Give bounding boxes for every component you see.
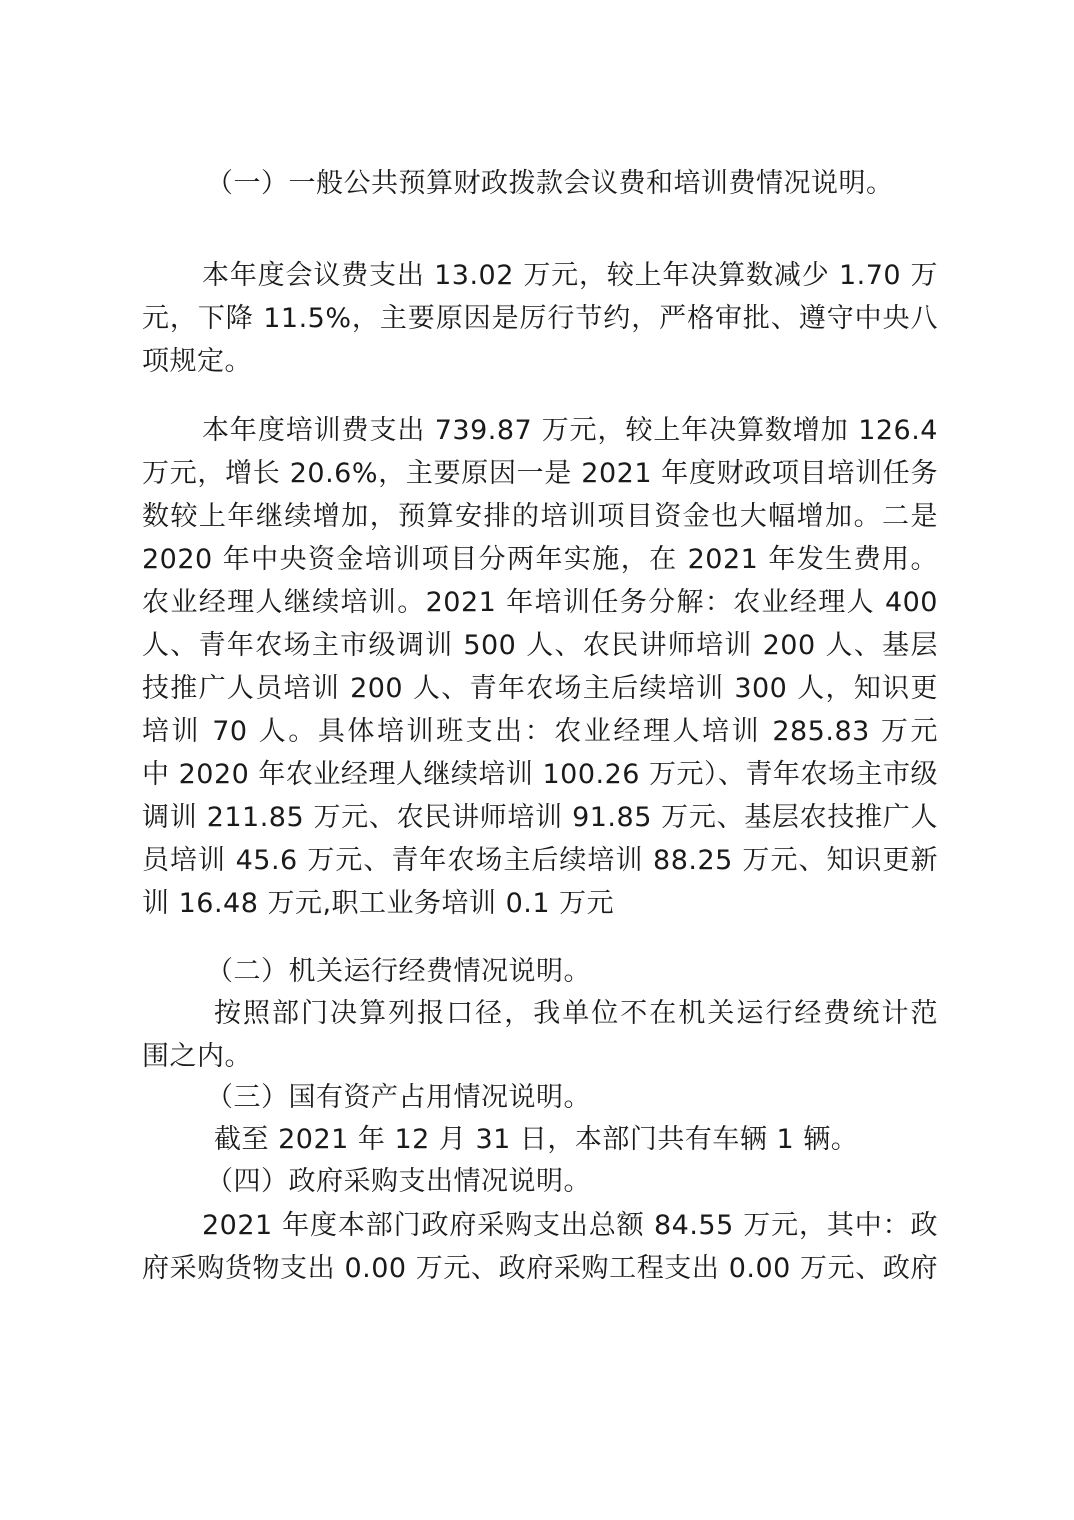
paragraph-line: 员培训 45.6 万元、青年农场主后续培训 88.25 万元、知识更新培: [142, 843, 938, 879]
paragraph-line: 2020 年中央资金培训项目分两年实施，在 2021 年发生费用。如: [142, 542, 938, 578]
paragraph-line: 本年度会议费支出 13.02 万元，较上年决算数减少 1.70 万: [202, 258, 938, 294]
document-page: （一）一般公共预算财政拨款会议费和培训费情况说明。 本年度会议费支出 13.02…: [0, 0, 1074, 1520]
paragraph-line: 技推广人员培训 200 人、青年农场主后续培训 300 人，知识更新: [142, 671, 938, 707]
paragraph-line: 按照部门决算列报口径，我单位不在机关运行经费统计范: [214, 996, 938, 1032]
section-heading-3: （三）国有资产占用情况说明。: [206, 1080, 591, 1116]
paragraph-line: 人、青年农场主市级调训 500 人、农民讲师培训 200 人、基层农: [142, 628, 938, 664]
paragraph-line: 府采购货物支出 0.00 万元、政府采购工程支出 0.00 万元、政府: [142, 1251, 938, 1287]
section-heading-4: （四）政府采购支出情况说明。: [206, 1164, 591, 1200]
paragraph-line: 围之内。: [142, 1039, 938, 1075]
paragraph-line: 2021 年度本部门政府采购支出总额 84.55 万元，其中：政: [202, 1208, 938, 1244]
section-heading-1: （一）一般公共预算财政拨款会议费和培训费情况说明。: [206, 166, 894, 202]
paragraph-line: 万元，增长 20.6%，主要原因一是 2021 年度财政项目培训任务: [142, 456, 938, 492]
paragraph-line: 截至 2021 年 12 月 31 日，本部门共有车辆 1 辆。: [214, 1122, 858, 1158]
paragraph-line: 调训 211.85 万元、农民讲师培训 91.85 万元、基层农技推广人: [142, 800, 938, 836]
paragraph-line: 农业经理人继续培训。2021 年培训任务分解：农业经理人 400: [142, 585, 938, 621]
paragraph-line: 中 2020 年农业经理人继续培训 100.26 万元）、青年农场主市级: [142, 757, 938, 793]
section-heading-2: （二）机关运行经费情况说明。: [206, 954, 591, 990]
paragraph-line: 培训 70 人。具体培训班支出：农业经理人培训 285.83 万元（其: [142, 714, 938, 750]
paragraph-line: 元，下降 11.5%，主要原因是厉行节约，严格审批、遵守中央八: [142, 301, 938, 337]
paragraph-line: 训 16.48 万元,职工业务培训 0.1 万元: [142, 886, 938, 922]
paragraph-line: 本年度培训费支出 739.87 万元，较上年决算数增加 126.40: [202, 413, 938, 449]
paragraph-line: 数较上年继续增加，预算安排的培训项目资金也大幅增加。二是: [142, 499, 938, 535]
paragraph-line: 项规定。: [142, 344, 938, 380]
